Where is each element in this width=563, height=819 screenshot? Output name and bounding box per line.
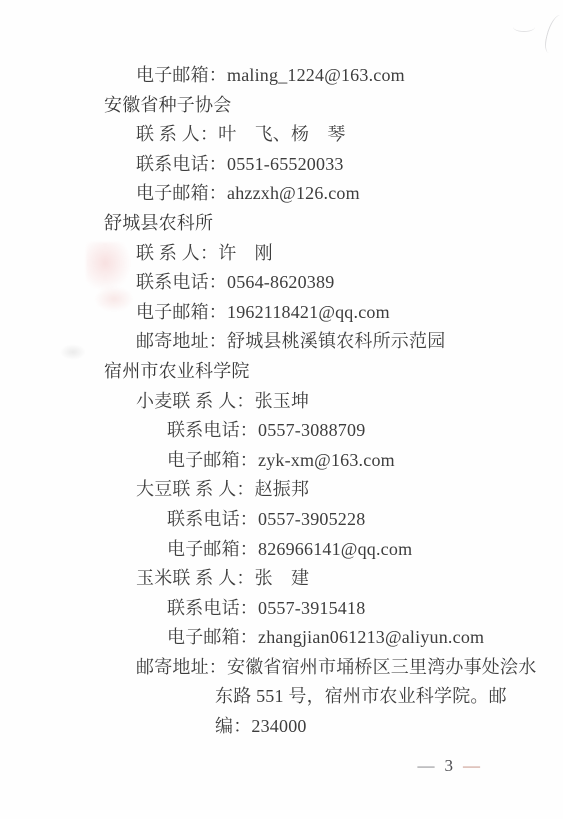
doc-line-continuation: 东路 551 号，宿州市农业科学院。邮 [0,682,563,712]
doc-line: 联 系 人：叶 飞、杨 琴 [0,120,563,150]
doc-line: 电子邮箱：ahzzxh@126.com [0,179,563,209]
document-body: 电子邮箱：maling_1224@163.com安徽省种子协会联 系 人：叶 飞… [0,61,563,742]
page-number-dash-right: — [463,756,481,775]
page-number-dash-left: — [418,756,436,775]
scan-mark-artifact [542,13,563,56]
doc-line: 联 系 人：许 刚 [0,239,563,269]
doc-line: 电子邮箱：zyk-xm@163.com [0,446,563,476]
doc-line: 联系电话：0564-8620389 [0,268,563,298]
scan-mark-artifact [513,22,535,32]
doc-line: 电子邮箱：826966141@qq.com [0,535,563,565]
doc-line: 玉米联 系 人：张 建 [0,564,563,594]
doc-line: 小麦联 系 人：张玉坤 [0,387,563,417]
doc-line: 电子邮箱：zhangjian061213@aliyun.com [0,623,563,653]
doc-line: 电子邮箱：maling_1224@163.com [0,61,563,91]
doc-line-continuation: 编：234000 [0,712,563,742]
section-heading: 宿州市农业科学院 [0,357,563,387]
doc-line: 邮寄地址：安徽省宿州市埇桥区三里湾办事处浍水 [0,653,563,683]
doc-line: 邮寄地址：舒城县桃溪镇农科所示范园 [0,327,563,357]
doc-line: 联系电话：0551-65520033 [0,150,563,180]
doc-line: 联系电话：0557-3905228 [0,505,563,535]
doc-line: 电子邮箱：1962118421@qq.com [0,298,563,328]
page-number-value: 3 [436,756,464,775]
document-page: 电子邮箱：maling_1224@163.com安徽省种子协会联 系 人：叶 飞… [0,0,563,819]
section-heading: 舒城县农科所 [0,209,563,239]
section-heading: 安徽省种子协会 [0,91,563,121]
doc-line: 大豆联 系 人：赵振邦 [0,475,563,505]
page-number: —3— [418,756,482,776]
doc-line: 联系电话：0557-3088709 [0,416,563,446]
doc-line: 联系电话：0557-3915418 [0,594,563,624]
